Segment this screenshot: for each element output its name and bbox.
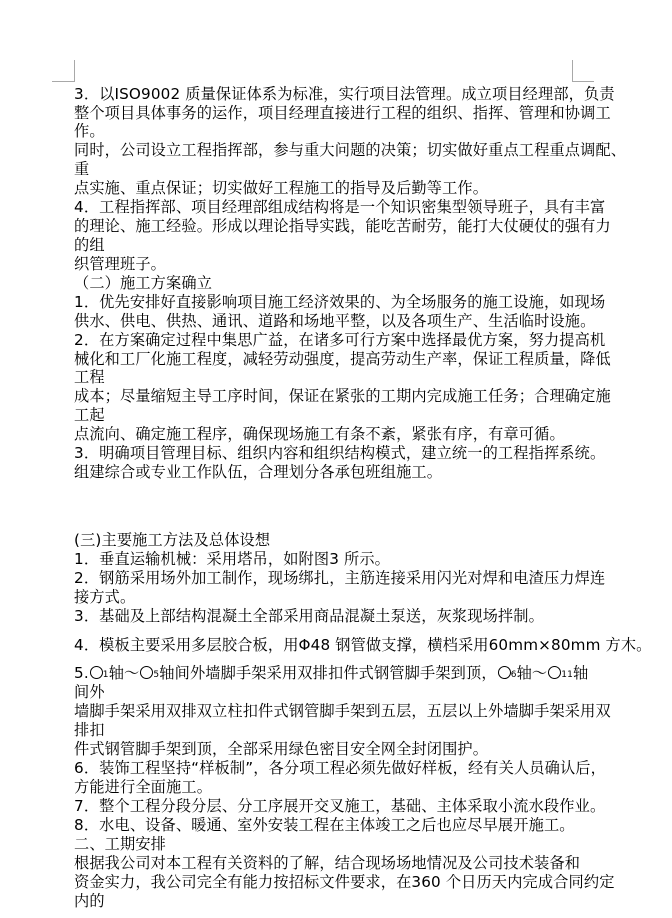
text-line: 械化和工厂化施工程度，减轻劳动强度，提高劳动生产率，保证工程质量，降低 [74,350,611,369]
text: 轴 [573,664,588,682]
text-line: 墙脚手架采用双排双立柱扣件式钢管脚手架到五层，五层以上外墙脚手架采用双 [74,702,611,721]
axis-number: 5 [153,670,159,680]
text: 轴～ [517,664,548,682]
axis-circle-icon [140,666,153,679]
text-line: 工起 [74,406,105,425]
text-line: 3．基础及上部结构混凝土全部采用商品混凝土泵送，灰浆现场拌制。 [74,607,544,626]
text-line: 内的 [74,892,105,911]
text-line: 作。 [74,122,105,141]
text-line: 点流向、确定施工程序，确保现场施工有条不紊，紧张有序，有章可循。 [74,425,565,444]
margin-corner-mark-top-right [572,60,594,82]
text-line: 资金实力，我公司完全有能力按招标文件要求，在360 个日历天内完成合同约定 [74,873,615,892]
text-line: 的理论、施工经验。形成以理论指导实践，能吃苦耐劳，能打大仗硬仗的强有力 [74,217,611,236]
text: 轴～ [109,664,140,682]
text-line-axis: 5.1轴～5轴间外墙脚手架采用双排扣件式钢管脚手架到顶，6轴～11轴 [74,664,588,686]
line-prefix: 5. [74,664,89,682]
axis-number: 6 [511,670,517,680]
text-line: 成本；尽量缩短主导工序时间，保证在紧张的工期内完成施工任务；合理确定施 [74,387,611,406]
document-page: 3．以ISO9002 质量保证体系为标准，实行项目法管理。成立项目经理部，负责整… [0,0,672,918]
margin-corner-mark-top-left [52,60,75,82]
text-line: （二）施工方案确立 [74,274,212,293]
text-line: 点实施、重点保证；切实做好工程施工的指导及后勤等工作。 [74,179,488,198]
text-line: 间外 [74,683,105,702]
text-line: 6．装饰工程坚持“样板制”，各分项工程必须先做好样板，经有关人员确认后， [74,759,606,778]
text-line: 同时，公司设立工程指挥部，参与重大问题的决策；切实做好重点工程重点调配、 [74,141,626,160]
text-line: 8．水电、设备、暖通、室外安装工程在主体竣工之后也应尽早展开施工。 [74,816,575,835]
text-line: 2．在方案确定过程中集思广益，在诸多可行方案中选择最优方案，努力提高机 [74,331,605,350]
text-line: 1．垂直运输机械：采用塔吊，如附图3 所示。 [74,550,390,569]
text-line: 4．工程指挥部、项目经理部组成结构将是一个知识密集型领导班子，具有丰富 [74,198,605,217]
text-line: 接方式。 [74,588,135,607]
axis-number: 1 [103,670,109,680]
text-line: 3．明确项目管理目标、组织内容和组织结构模式，建立统一的工程指挥系统。 [74,444,605,463]
axis-circle-icon [548,666,561,679]
text-line: 工程 [74,368,105,387]
text-line: 整个项目具体事务的运作，项目经理直接进行工程的组织、指挥、管理和协调工 [74,104,611,123]
text-line: 重 [74,160,89,179]
text-line: 7．整个工程分段分层、分工序展开交叉施工，基础、主体采取小流水段作业。 [74,797,605,816]
text-line: 供水、供电、供热、通讯、道路和场地平整，以及各项生产、生活临时设施。 [74,312,595,331]
text-line: 4．模板主要采用多层胶合板，用Φ48 钢管做支撑，横档采用60mm×80mm 方… [74,636,652,655]
text: 轴间外墙脚手架采用双排扣件式钢管脚手架到顶， [159,664,496,682]
text-line: 织管理班子。 [74,255,166,274]
text-line: 3．以ISO9002 质量保证体系为标准，实行项目法管理。成立项目经理部，负责 [74,85,615,104]
text-line: 组建综合或专业工作队伍，合理划分各承包班组施工。 [74,463,442,482]
text-line: 2．钢筋采用场外加工制作，现场绑扎，主筋连接采用闪光对焊和电渣压力焊连 [74,569,605,588]
text-line: 件式钢管脚手架到顶，全部采用绿色密目安全网全封闭围护。 [74,740,488,759]
axis-circle-icon [90,666,103,679]
text-line: 排扣 [74,721,105,740]
text-line: 方能进行全面施工。 [74,778,212,797]
text-line: 根据我公司对本工程有关资料的了解，结合现场场地情况及公司技术装备和 [74,854,580,873]
axis-number: 11 [561,670,573,680]
text-line: 的组 [74,236,105,255]
text-line: (三)主要施工方法及总体设想 [74,531,270,550]
text-line: 1．优先安排好直接影响项目施工经济效果的、为全场服务的施工设施，如现场 [74,293,605,312]
axis-circle-icon [498,666,511,679]
text-line: 二、工期安排 [74,835,166,854]
